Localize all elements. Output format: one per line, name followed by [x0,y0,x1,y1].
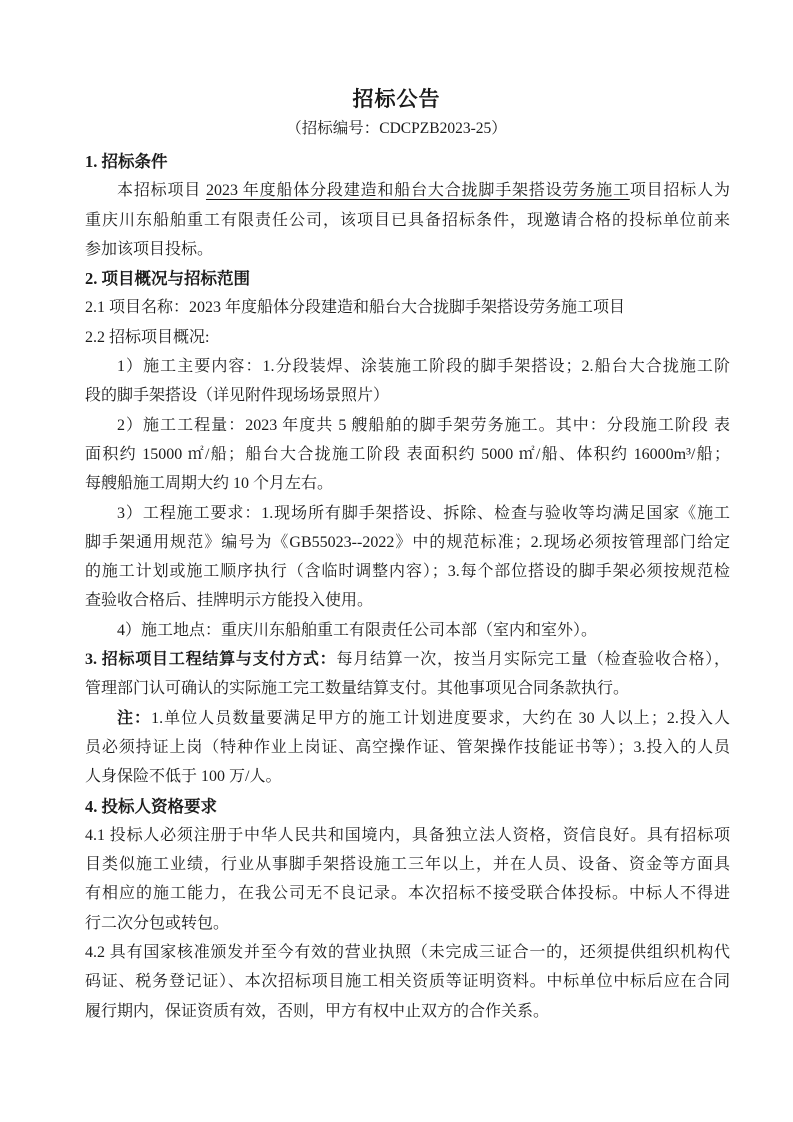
text-run: 有相应的施工能力，在我公司无不良记录。本次招标不接受联合体投标。中标人不得进 [85,885,730,902]
text-run: 的施工计划或施工顺序执行（含临时调整内容）；3.每个部位搭设的脚手架必须按规范检 [85,563,730,580]
text-run: 脚手架通用规范》编号为《GB55023--2022》中的规范标准；2.现场必须按… [85,534,730,551]
paragraph-line: 3）工程施工要求：1.现场所有脚手架搭设、拆除、检查与验收等均满足国家《施工 [85,499,730,528]
paragraph-line: 行二次分包或转包。 [85,909,730,938]
paragraph-line: 有相应的施工能力，在我公司无不良记录。本次招标不接受联合体投标。中标人不得进 [85,879,730,908]
paragraph-line: 注：1.单位人员数量要满足甲方的施工计划进度要求，大约在 30 人以上；2.投入… [85,704,730,733]
underlined-text: 2023 年度船体分段建造和船台大合拢脚手架搭设劳务施工 [206,182,630,199]
section-heading: 4. 投标人资格要求 [85,792,730,821]
text-run: 2）施工工程量：2023 年度共 5 艘船舶的脚手架劳务施工。其中：分段施工阶段… [117,417,730,434]
paragraph-line: 脚手架通用规范》编号为《GB55023--2022》中的规范标准；2.现场必须按… [85,528,730,557]
paragraph-line: 4.1 投标人必须注册于中华人民共和国境内，具备独立法人资格，资信良好。具有招标… [85,821,730,850]
text-run: 段的脚手架搭设（详见附件现场场景照片） [85,387,389,404]
paragraph-line: 的施工计划或施工顺序执行（含临时调整内容）；3.每个部位搭设的脚手架必须按规范检 [85,557,730,586]
document-body: 1. 招标条件本招标项目 2023 年度船体分段建造和船台大合拢脚手架搭设劳务施… [85,147,730,1026]
paragraph-line: 码证、税务登记证）、本次招标项目施工相关资质等证明资料。中标单位中标后应在合同 [85,967,730,996]
text-run: 4.2 具有国家核准颁发并至今有效的营业执照（未完成三证合一的，还须提供组织机构… [85,944,730,961]
paragraph-line: 履行期内，保证资质有效，否则，甲方有权中止双方的合作关系。 [85,997,730,1026]
text-run: 管理部门认可确认的实际施工完工数量结算支付。其他事项见合同条款执行。 [85,680,629,697]
text-run: 4）施工地点：重庆川东船舶重工有限责任公司本部（室内和室外）。 [117,622,597,639]
text-run: 人身保险不低于 100 万/人。 [85,768,281,785]
paragraph-line: 查验收合格后、挂牌明示方能投入使用。 [85,586,730,615]
text-run: 每月结算一次，按当月实际完工量（检查验收合格）， [336,651,730,668]
paragraph-line: 3. 招标项目工程结算与支付方式：每月结算一次，按当月实际完工量（检查验收合格）… [85,645,730,674]
text-run: 参加该项目投标。 [85,241,213,258]
paragraph-line: 4.2 具有国家核准颁发并至今有效的营业执照（未完成三证合一的，还须提供组织机构… [85,938,730,967]
text-run: 2.2 招标项目概况: [85,329,209,346]
paragraph-line: 2）施工工程量：2023 年度共 5 艘船舶的脚手架劳务施工。其中：分段施工阶段… [85,411,730,440]
document-subtitle: （招标编号：CDCPZB2023-25） [0,114,793,143]
text-run: 3）工程施工要求：1.现场所有脚手架搭设、拆除、检查与验收等均满足国家《施工 [117,505,730,522]
document-page: 招标公告 （招标编号：CDCPZB2023-25） 1. 招标条件本招标项目 2… [0,0,793,1122]
section-heading: 1. 招标条件 [85,147,730,176]
text-run: 面积约 15000 ㎡/船；船台大合拢施工阶段 表面积约 5000 ㎡/船、体积… [85,446,730,463]
text-run: 查验收合格后、挂牌明示方能投入使用。 [85,592,373,609]
bold-label: 3. 招标项目工程结算与支付方式： [85,651,336,668]
text-run: 本招标项目 [117,182,206,199]
text-run: 1）施工主要内容：1.分段装焊、涂装施工阶段的脚手架搭设；2.船台大合拢施工阶 [117,358,730,375]
text-run: 码证、税务登记证）、本次招标项目施工相关资质等证明资料。中标单位中标后应在合同 [85,973,730,990]
text-run: 2.1 项目名称：2023 年度船体分段建造和船台大合拢脚手架搭设劳务施工项目 [85,299,625,316]
text-run: 每艘船施工周期大约 10 个月左右。 [85,475,333,492]
paragraph-line: 管理部门认可确认的实际施工完工数量结算支付。其他事项见合同条款执行。 [85,674,730,703]
text-run: 员必须持证上岗（特种作业上岗证、高空操作证、管架操作技能证书等）；3.投入的人员 [85,739,730,756]
paragraph-line: 2.2 招标项目概况: [85,323,730,352]
bold-label: 注： [117,710,151,727]
text-run: 行二次分包或转包。 [85,915,229,932]
paragraph-line: 参加该项目投标。 [85,235,730,264]
text-run: 1.单位人员数量要满足甲方的施工计划进度要求，大约在 30 人以上；2.投入人 [151,710,730,727]
text-run: 目类似施工业绩，行业从事脚手架搭设施工三年以上，并在人员、设备、资金等方面具 [85,856,730,873]
text-run: 4.1 投标人必须注册于中华人民共和国境内，具备独立法人资格，资信良好。具有招标… [85,827,730,844]
paragraph-line: 1）施工主要内容：1.分段装焊、涂装施工阶段的脚手架搭设；2.船台大合拢施工阶 [85,352,730,381]
paragraph-line: 2.1 项目名称：2023 年度船体分段建造和船台大合拢脚手架搭设劳务施工项目 [85,293,730,322]
text-run: 重庆川东船舶重工有限责任公司，该项目已具备招标条件，现邀请合格的投标单位前来 [85,212,730,229]
text-run: 履行期内，保证资质有效，否则，甲方有权中止双方的合作关系。 [85,1003,549,1020]
text-run: 项目招标人为 [630,182,730,199]
section-heading: 2. 项目概况与招标范围 [85,264,730,293]
paragraph-line: 面积约 15000 ㎡/船；船台大合拢施工阶段 表面积约 5000 ㎡/船、体积… [85,440,730,469]
paragraph-line: 4）施工地点：重庆川东船舶重工有限责任公司本部（室内和室外）。 [85,616,730,645]
paragraph-line: 每艘船施工周期大约 10 个月左右。 [85,469,730,498]
paragraph-line: 人身保险不低于 100 万/人。 [85,762,730,791]
document-title: 招标公告 [0,84,793,114]
paragraph-line: 重庆川东船舶重工有限责任公司，该项目已具备招标条件，现邀请合格的投标单位前来 [85,206,730,235]
paragraph-line: 段的脚手架搭设（详见附件现场场景照片） [85,381,730,410]
paragraph-line: 本招标项目 2023 年度船体分段建造和船台大合拢脚手架搭设劳务施工项目招标人为 [85,176,730,205]
paragraph-line: 目类似施工业绩，行业从事脚手架搭设施工三年以上，并在人员、设备、资金等方面具 [85,850,730,879]
paragraph-line: 员必须持证上岗（特种作业上岗证、高空操作证、管架操作技能证书等）；3.投入的人员 [85,733,730,762]
